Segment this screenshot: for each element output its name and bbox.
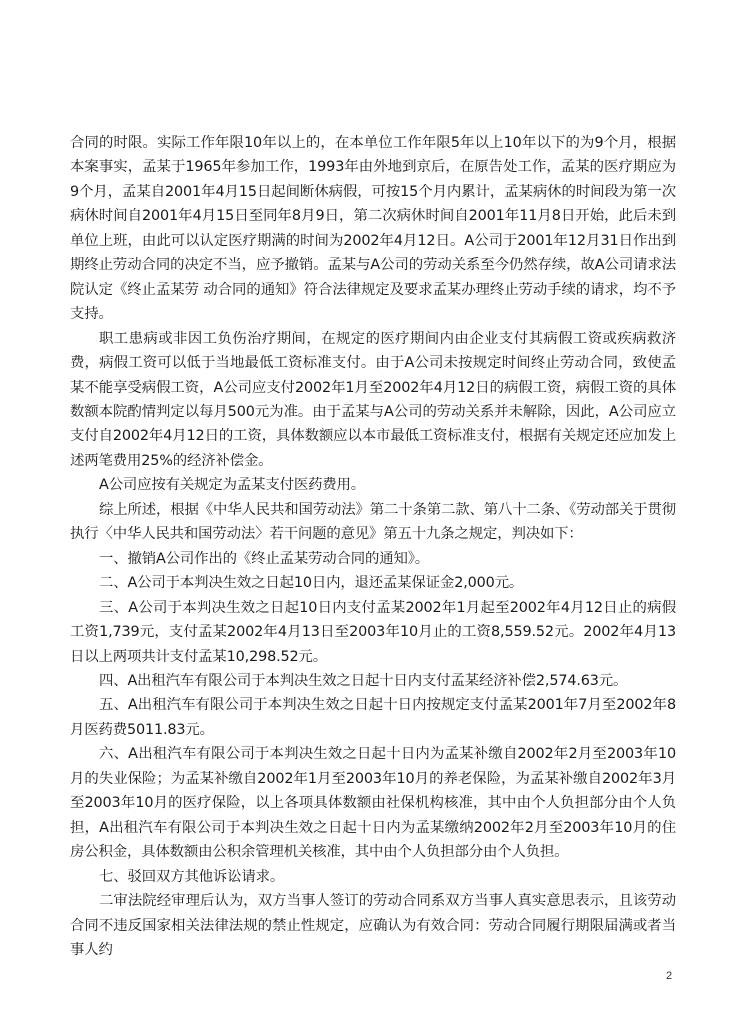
judgment-item-7: 七、驳回双方其他诉讼请求。 xyxy=(70,865,676,889)
paragraph-second-instance: 二审法院经审理后认为，双方当事人签订的劳动合同系双方当事人真实意思表示，且该劳动… xyxy=(70,889,676,962)
judgment-item-1: 一、撤销A公司作出的《终止孟某劳动合同的通知》。 xyxy=(70,547,676,571)
judgment-item-5: 五、A出租汽车有限公司于本判决生效之日起十日内按规定支付孟某2001年7月至20… xyxy=(70,693,676,742)
document-page: 合同的时限。实际工作年限10年以上的，在本单位工作年限5年以上10年以下的为9个… xyxy=(0,0,744,1009)
paragraph-medical-expenses: A公司应按有关规定为孟某支付医药费用。 xyxy=(70,473,676,497)
page-number: 2 xyxy=(666,970,672,982)
judgment-item-3: 三、A公司于本判决生效之日起10日内支付孟某2002年1月起至2002年4月12… xyxy=(70,596,676,669)
judgment-item-2: 二、A公司于本判决生效之日起10日内，退还孟某保证金2,000元。 xyxy=(70,571,676,595)
paragraph-continuation: 合同的时限。实际工作年限10年以上的，在本单位工作年限5年以上10年以下的为9个… xyxy=(70,131,676,327)
paragraph-legal-basis: 综上所述，根据《中华人民共和国劳动法》第二十条第二款、第八十二条、《劳动部关于贯… xyxy=(70,498,676,547)
judgment-item-6: 六、A出租汽车有限公司于本判决生效之日起十日内为孟某补缴自2002年2月至200… xyxy=(70,742,676,864)
paragraph-sick-pay: 职工患病或非因工负伤治疗期间，在规定的医疗期间内由企业支付其病假工资或疾病救济费… xyxy=(70,327,676,474)
document-body: 合同的时限。实际工作年限10年以上的，在本单位工作年限5年以上10年以下的为9个… xyxy=(70,131,676,962)
judgment-item-4: 四、A出租汽车有限公司于本判决生效之日起十日内支付孟某经济补偿2,574.63元… xyxy=(70,669,676,693)
